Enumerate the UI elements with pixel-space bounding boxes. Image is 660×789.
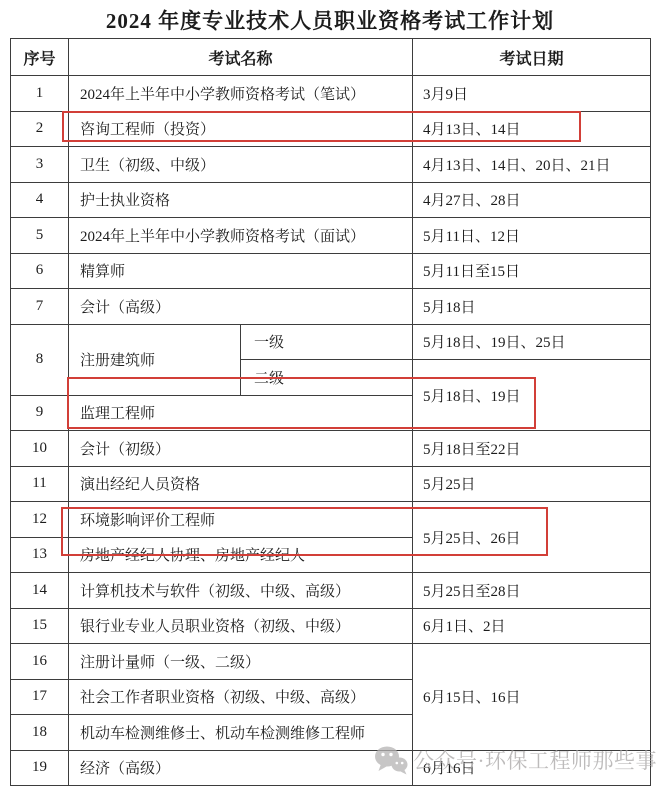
exam-name: 机动车检测维修士、机动车检测维修工程师 <box>69 715 413 751</box>
exam-date: 5月25日 <box>413 466 651 502</box>
exam-name: 演出经纪人员资格 <box>69 466 413 502</box>
exam-name: 监理工程师 <box>69 395 413 431</box>
table-row: 5 2024年上半年中小学教师资格考试（面试） 5月11日、12日 <box>11 218 651 254</box>
exam-date: 4月27日、28日 <box>413 182 651 218</box>
table-row: 14 计算机技术与软件（初级、中级、高级） 5月25日至28日 <box>11 573 651 609</box>
table-row: 16 注册计量师（一级、二级） 6月15日、16日 <box>11 644 651 680</box>
row-index: 11 <box>11 466 69 502</box>
row-index: 8 <box>11 324 69 395</box>
exam-name: 护士执业资格 <box>69 182 413 218</box>
exam-date: 5月18日、19日、25日 <box>413 324 651 360</box>
exam-date: 5月25日至28日 <box>413 573 651 609</box>
exam-date: 5月18日至22日 <box>413 431 651 467</box>
row-index: 19 <box>11 750 69 786</box>
exam-name: 注册建筑师 <box>69 324 241 395</box>
exam-name: 2024年上半年中小学教师资格考试（面试） <box>69 218 413 254</box>
exam-date: 5月18日、19日 <box>413 360 651 431</box>
exam-level: 二级 <box>241 360 413 396</box>
row-index: 5 <box>11 218 69 254</box>
row-index: 2 <box>11 111 69 147</box>
exam-date: 6月16日 <box>413 750 651 786</box>
exam-name: 房地产经纪人协理、房地产经纪人 <box>69 537 413 573</box>
row-index: 4 <box>11 182 69 218</box>
row-index: 9 <box>11 395 69 431</box>
table-row: 6 精算师 5月11日至15日 <box>11 253 651 289</box>
exam-name: 精算师 <box>69 253 413 289</box>
row-index: 14 <box>11 573 69 609</box>
table-header-row: 序号 考试名称 考试日期 <box>11 39 651 76</box>
row-index: 3 <box>11 147 69 183</box>
exam-date: 6月1日、2日 <box>413 608 651 644</box>
exam-name: 环境影响评价工程师 <box>69 502 413 538</box>
exam-name: 注册计量师（一级、二级） <box>69 644 413 680</box>
exam-name: 社会工作者职业资格（初级、中级、高级） <box>69 679 413 715</box>
row-index: 13 <box>11 537 69 573</box>
exam-name: 计算机技术与软件（初级、中级、高级） <box>69 573 413 609</box>
table-row: 12 环境影响评价工程师 5月25日、26日 <box>11 502 651 538</box>
row-index: 16 <box>11 644 69 680</box>
row-index: 6 <box>11 253 69 289</box>
row-index: 10 <box>11 431 69 467</box>
page-title: 2024 年度专业技术人员职业资格考试工作计划 <box>0 5 660 35</box>
row-index: 15 <box>11 608 69 644</box>
table-row: 4 护士执业资格 4月27日、28日 <box>11 182 651 218</box>
exam-name: 2024年上半年中小学教师资格考试（笔试） <box>69 76 413 112</box>
exam-name: 银行业专业人员职业资格（初级、中级） <box>69 608 413 644</box>
table-row: 11 演出经纪人员资格 5月25日 <box>11 466 651 502</box>
header-exam-date: 考试日期 <box>413 39 651 76</box>
row-index: 18 <box>11 715 69 751</box>
exam-name: 咨询工程师（投资） <box>69 111 413 147</box>
exam-name: 经济（高级） <box>69 750 413 786</box>
exam-level: 一级 <box>241 324 413 360</box>
exam-date: 3月9日 <box>413 76 651 112</box>
header-exam-name: 考试名称 <box>69 39 413 76</box>
table-row: 1 2024年上半年中小学教师资格考试（笔试） 3月9日 <box>11 76 651 112</box>
exam-date: 5月11日、12日 <box>413 218 651 254</box>
exam-date: 4月13日、14日 <box>413 111 651 147</box>
table-row: 8 注册建筑师 一级 5月18日、19日、25日 <box>11 324 651 360</box>
exam-name: 会计（初级） <box>69 431 413 467</box>
exam-name: 卫生（初级、中级） <box>69 147 413 183</box>
exam-date: 5月11日至15日 <box>413 253 651 289</box>
header-index: 序号 <box>11 39 69 76</box>
exam-date: 6月15日、16日 <box>413 644 651 751</box>
table-row: 3 卫生（初级、中级） 4月13日、14日、20日、21日 <box>11 147 651 183</box>
row-index: 17 <box>11 679 69 715</box>
table-row: 15 银行业专业人员职业资格（初级、中级） 6月1日、2日 <box>11 608 651 644</box>
exam-date: 5月25日、26日 <box>413 502 651 573</box>
exam-date: 4月13日、14日、20日、21日 <box>413 147 651 183</box>
table-row: 7 会计（高级） 5月18日 <box>11 289 651 325</box>
exam-date: 5月18日 <box>413 289 651 325</box>
exam-schedule-table: 序号 考试名称 考试日期 1 2024年上半年中小学教师资格考试（笔试） 3月9… <box>10 38 651 786</box>
table-row: 19 经济（高级） 6月16日 <box>11 750 651 786</box>
row-index: 12 <box>11 502 69 538</box>
row-index: 7 <box>11 289 69 325</box>
exam-name: 会计（高级） <box>69 289 413 325</box>
table-row: 2 咨询工程师（投资） 4月13日、14日 <box>11 111 651 147</box>
table-row: 10 会计（初级） 5月18日至22日 <box>11 431 651 467</box>
row-index: 1 <box>11 76 69 112</box>
